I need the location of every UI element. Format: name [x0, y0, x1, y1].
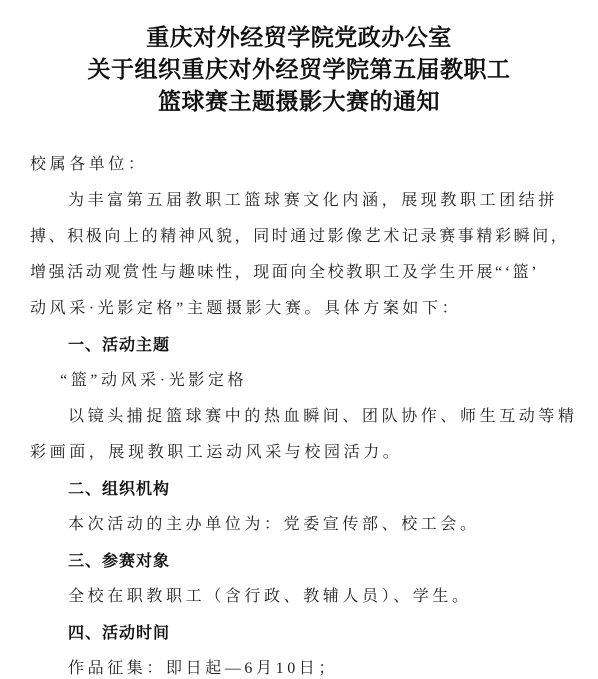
intro-paragraph-line: 搏、积极向上的精神风貌，同时通过影像艺术记录赛事精彩瞬间，	[30, 225, 569, 249]
schedule-text: 作品征集：即日起—6月10日；	[68, 657, 338, 679]
intro-paragraph-line: 为丰富第五届教职工篮球赛文化内涵，展现教职工团结拼	[68, 189, 558, 213]
section-heading-schedule: 四、活动时间	[68, 621, 170, 645]
document-title: 重庆对外经贸学院党政办公室 关于组织重庆对外经贸学院第五届教职工 篮球赛主题摄影…	[0, 22, 598, 118]
section-heading-theme: 一、活动主题	[68, 333, 170, 357]
theme-slogan: “篮”动风采·光影定格	[60, 369, 247, 393]
title-line-subject: 关于组织重庆对外经贸学院第五届教职工	[0, 54, 598, 86]
intro-paragraph-line: 动风采·光影定格”主题摄影大赛。具体方案如下：	[30, 297, 461, 321]
participants-text: 全校在职教职工（含行政、教辅人员）、学生。	[68, 585, 472, 609]
theme-description-line: 以镜头捕捉篮球赛中的热血瞬间、团队协作、师生互动等精	[68, 405, 578, 429]
theme-description-line: 彩画面，展现教职工运动风采与校园活力。	[30, 441, 402, 465]
title-line-issuer: 重庆对外经贸学院党政办公室	[0, 22, 598, 54]
organizer-text: 本次活动的主办单位为：党委宣传部、校工会。	[68, 513, 480, 537]
salutation: 校属各单位：	[30, 153, 148, 177]
section-heading-organizer: 二、组织机构	[68, 477, 170, 501]
title-line-subject-cont: 篮球赛主题摄影大赛的通知	[0, 86, 598, 118]
intro-paragraph-line: 增强活动观赏性与趣味性，现面向全校教职工及学生开展“‘篮’	[30, 261, 539, 285]
section-heading-participants: 三、参赛对象	[68, 549, 170, 573]
